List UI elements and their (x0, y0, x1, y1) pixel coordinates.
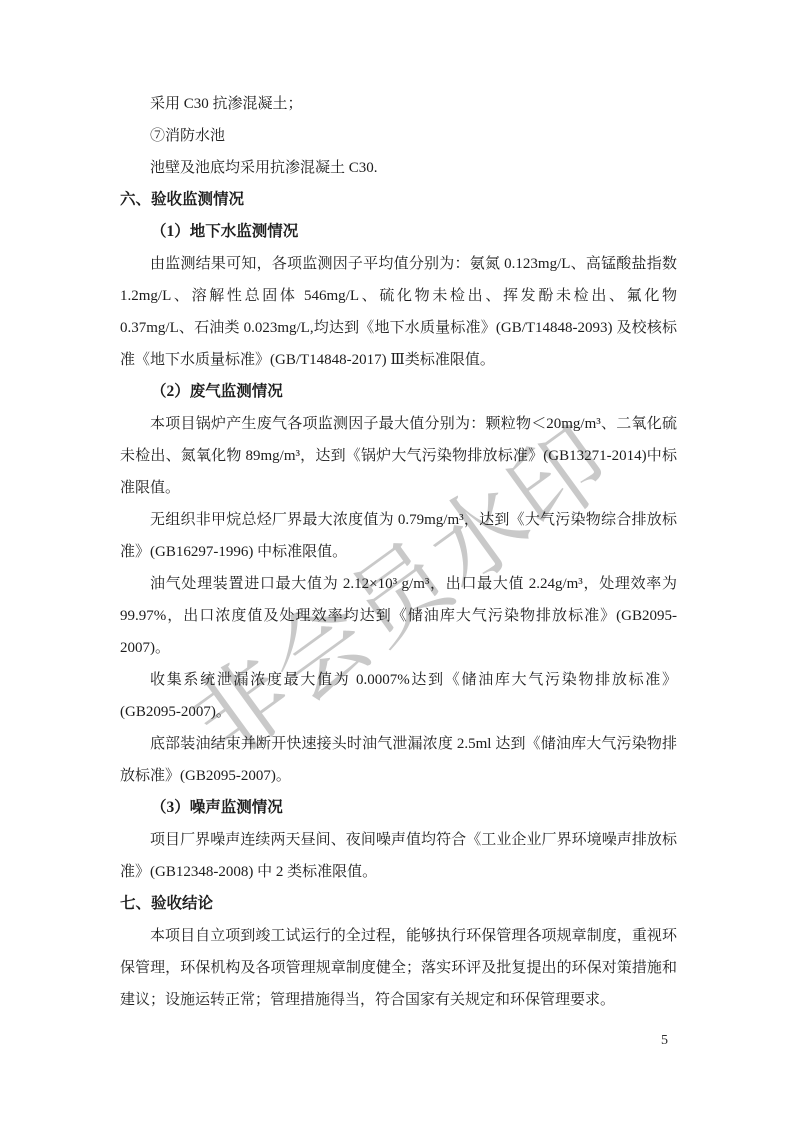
intro-line-1: 采用 C30 抗渗混凝土； (120, 88, 677, 120)
paragraph-bottom-loading-leak: 底部装油结束并断开快速接头时油气泄漏浓度 2.5ml 达到《储油库大气污染物排放… (120, 728, 677, 792)
intro-line-3: 池壁及池底均采用抗渗混凝土 C30. (120, 152, 677, 184)
paragraph-vapor-treatment: 油气处理装置进口最大值为 2.12×10³ g/m³，出口最大值 2.24g/m… (120, 568, 677, 664)
section-heading-monitoring: 六、验收监测情况 (120, 184, 677, 216)
page-number: 5 (661, 1033, 668, 1049)
paragraph-boiler-gas: 本项目锅炉产生废气各项监测因子最大值分别为：颗粒物＜20mg/m³、二氧化硫未检… (120, 408, 677, 504)
paragraph-conclusion: 本项目自立项到竣工试运行的全过程，能够执行环保管理各项规章制度，重视环保管理，环… (120, 920, 677, 1016)
subsection-heading-groundwater: （1）地下水监测情况 (120, 216, 677, 248)
section-heading-conclusion: 七、验收结论 (120, 888, 677, 920)
paragraph-noise: 项目厂界噪声连续两天昼间、夜间噪声值均符合《工业企业厂界环境噪声排放标准》(GB… (120, 824, 677, 888)
intro-line-2: ⑦消防水池 (120, 120, 677, 152)
paragraph-groundwater: 由监测结果可知，各项监测因子平均值分别为：氨氮 0.123mg/L、高锰酸盐指数… (120, 248, 677, 376)
document-content: 采用 C30 抗渗混凝土； ⑦消防水池 池壁及池底均采用抗渗混凝土 C30. 六… (120, 88, 677, 1016)
paragraph-collection-leak: 收集系统泄漏浓度最大值为 0.0007%达到《储油库大气污染物排放标准》(GB2… (120, 664, 677, 728)
paragraph-fugitive-nmhc: 无组织非甲烷总烃厂界最大浓度值为 0.79mg/m³，达到《大气污染物综合排放标… (120, 504, 677, 568)
subsection-heading-noise: （3）噪声监测情况 (120, 792, 677, 824)
document-page: 非会员水印 采用 C30 抗渗混凝土； ⑦消防水池 池壁及池底均采用抗渗混凝土 … (0, 0, 793, 1122)
subsection-heading-waste-gas: （2）废气监测情况 (120, 376, 677, 408)
